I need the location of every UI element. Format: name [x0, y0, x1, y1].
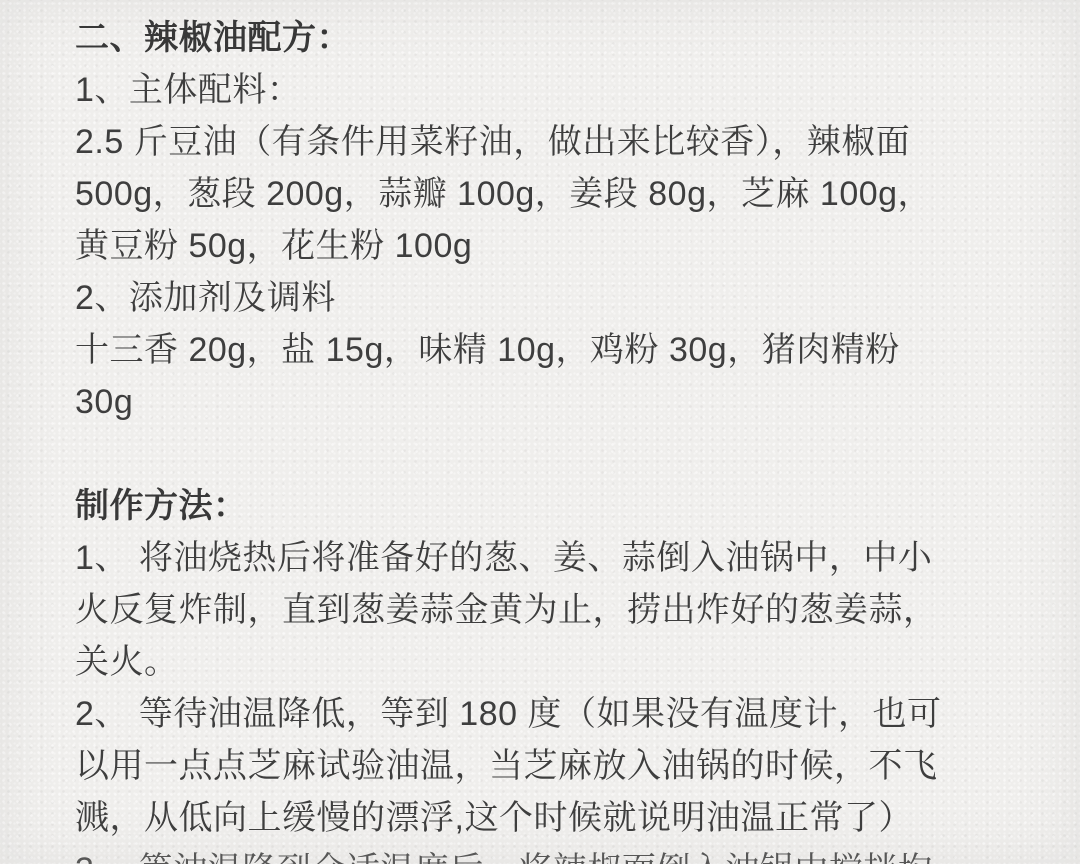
- clipped-line: 3、 等油温降到合适温度后，将辣椒面倒入油锅中搅拌均: [75, 844, 1020, 864]
- text-line: 2、添加剂及调料: [75, 272, 1020, 324]
- text-line: 黄豆粉 50g，花生粉 100g: [75, 220, 1020, 272]
- text-line: 2、 等待油温降低，等到 180 度（如果没有温度计，也可: [75, 688, 1020, 740]
- text-line: 火反复炸制，直到葱姜蒜金黄为止，捞出炸好的葱姜蒜，: [75, 584, 1020, 636]
- heading-line: 制作方法：: [75, 480, 1020, 532]
- recipe-note-page: 二、辣椒油配方：1、主体配料：2.5 斤豆油（有条件用菜籽油，做出来比较香），辣…: [0, 0, 1080, 864]
- text-line: 30g: [75, 376, 1020, 428]
- text-line: 2.5 斤豆油（有条件用菜籽油，做出来比较香），辣椒面: [75, 116, 1020, 168]
- text-line: 溅，从低向上缓慢的漂浮,这个时候就说明油温正常了）: [75, 792, 1020, 844]
- text-line: 关火。: [75, 636, 1020, 688]
- note-body: 二、辣椒油配方：1、主体配料：2.5 斤豆油（有条件用菜籽油，做出来比较香），辣…: [0, 0, 1080, 864]
- text-line: 以用一点点芝麻试验油温，当芝麻放入油锅的时候，不飞: [75, 740, 1020, 792]
- blank-line: [75, 428, 1020, 480]
- heading-line: 二、辣椒油配方：: [75, 12, 1020, 64]
- text-line: 十三香 20g，盐 15g，味精 10g，鸡粉 30g，猪肉精粉: [75, 324, 1020, 376]
- text-line: 1、 将油烧热后将准备好的葱、姜、蒜倒入油锅中，中小: [75, 532, 1020, 584]
- text-line: 1、主体配料：: [75, 64, 1020, 116]
- text-line: 500g，葱段 200g，蒜瓣 100g，姜段 80g，芝麻 100g，: [75, 168, 1020, 220]
